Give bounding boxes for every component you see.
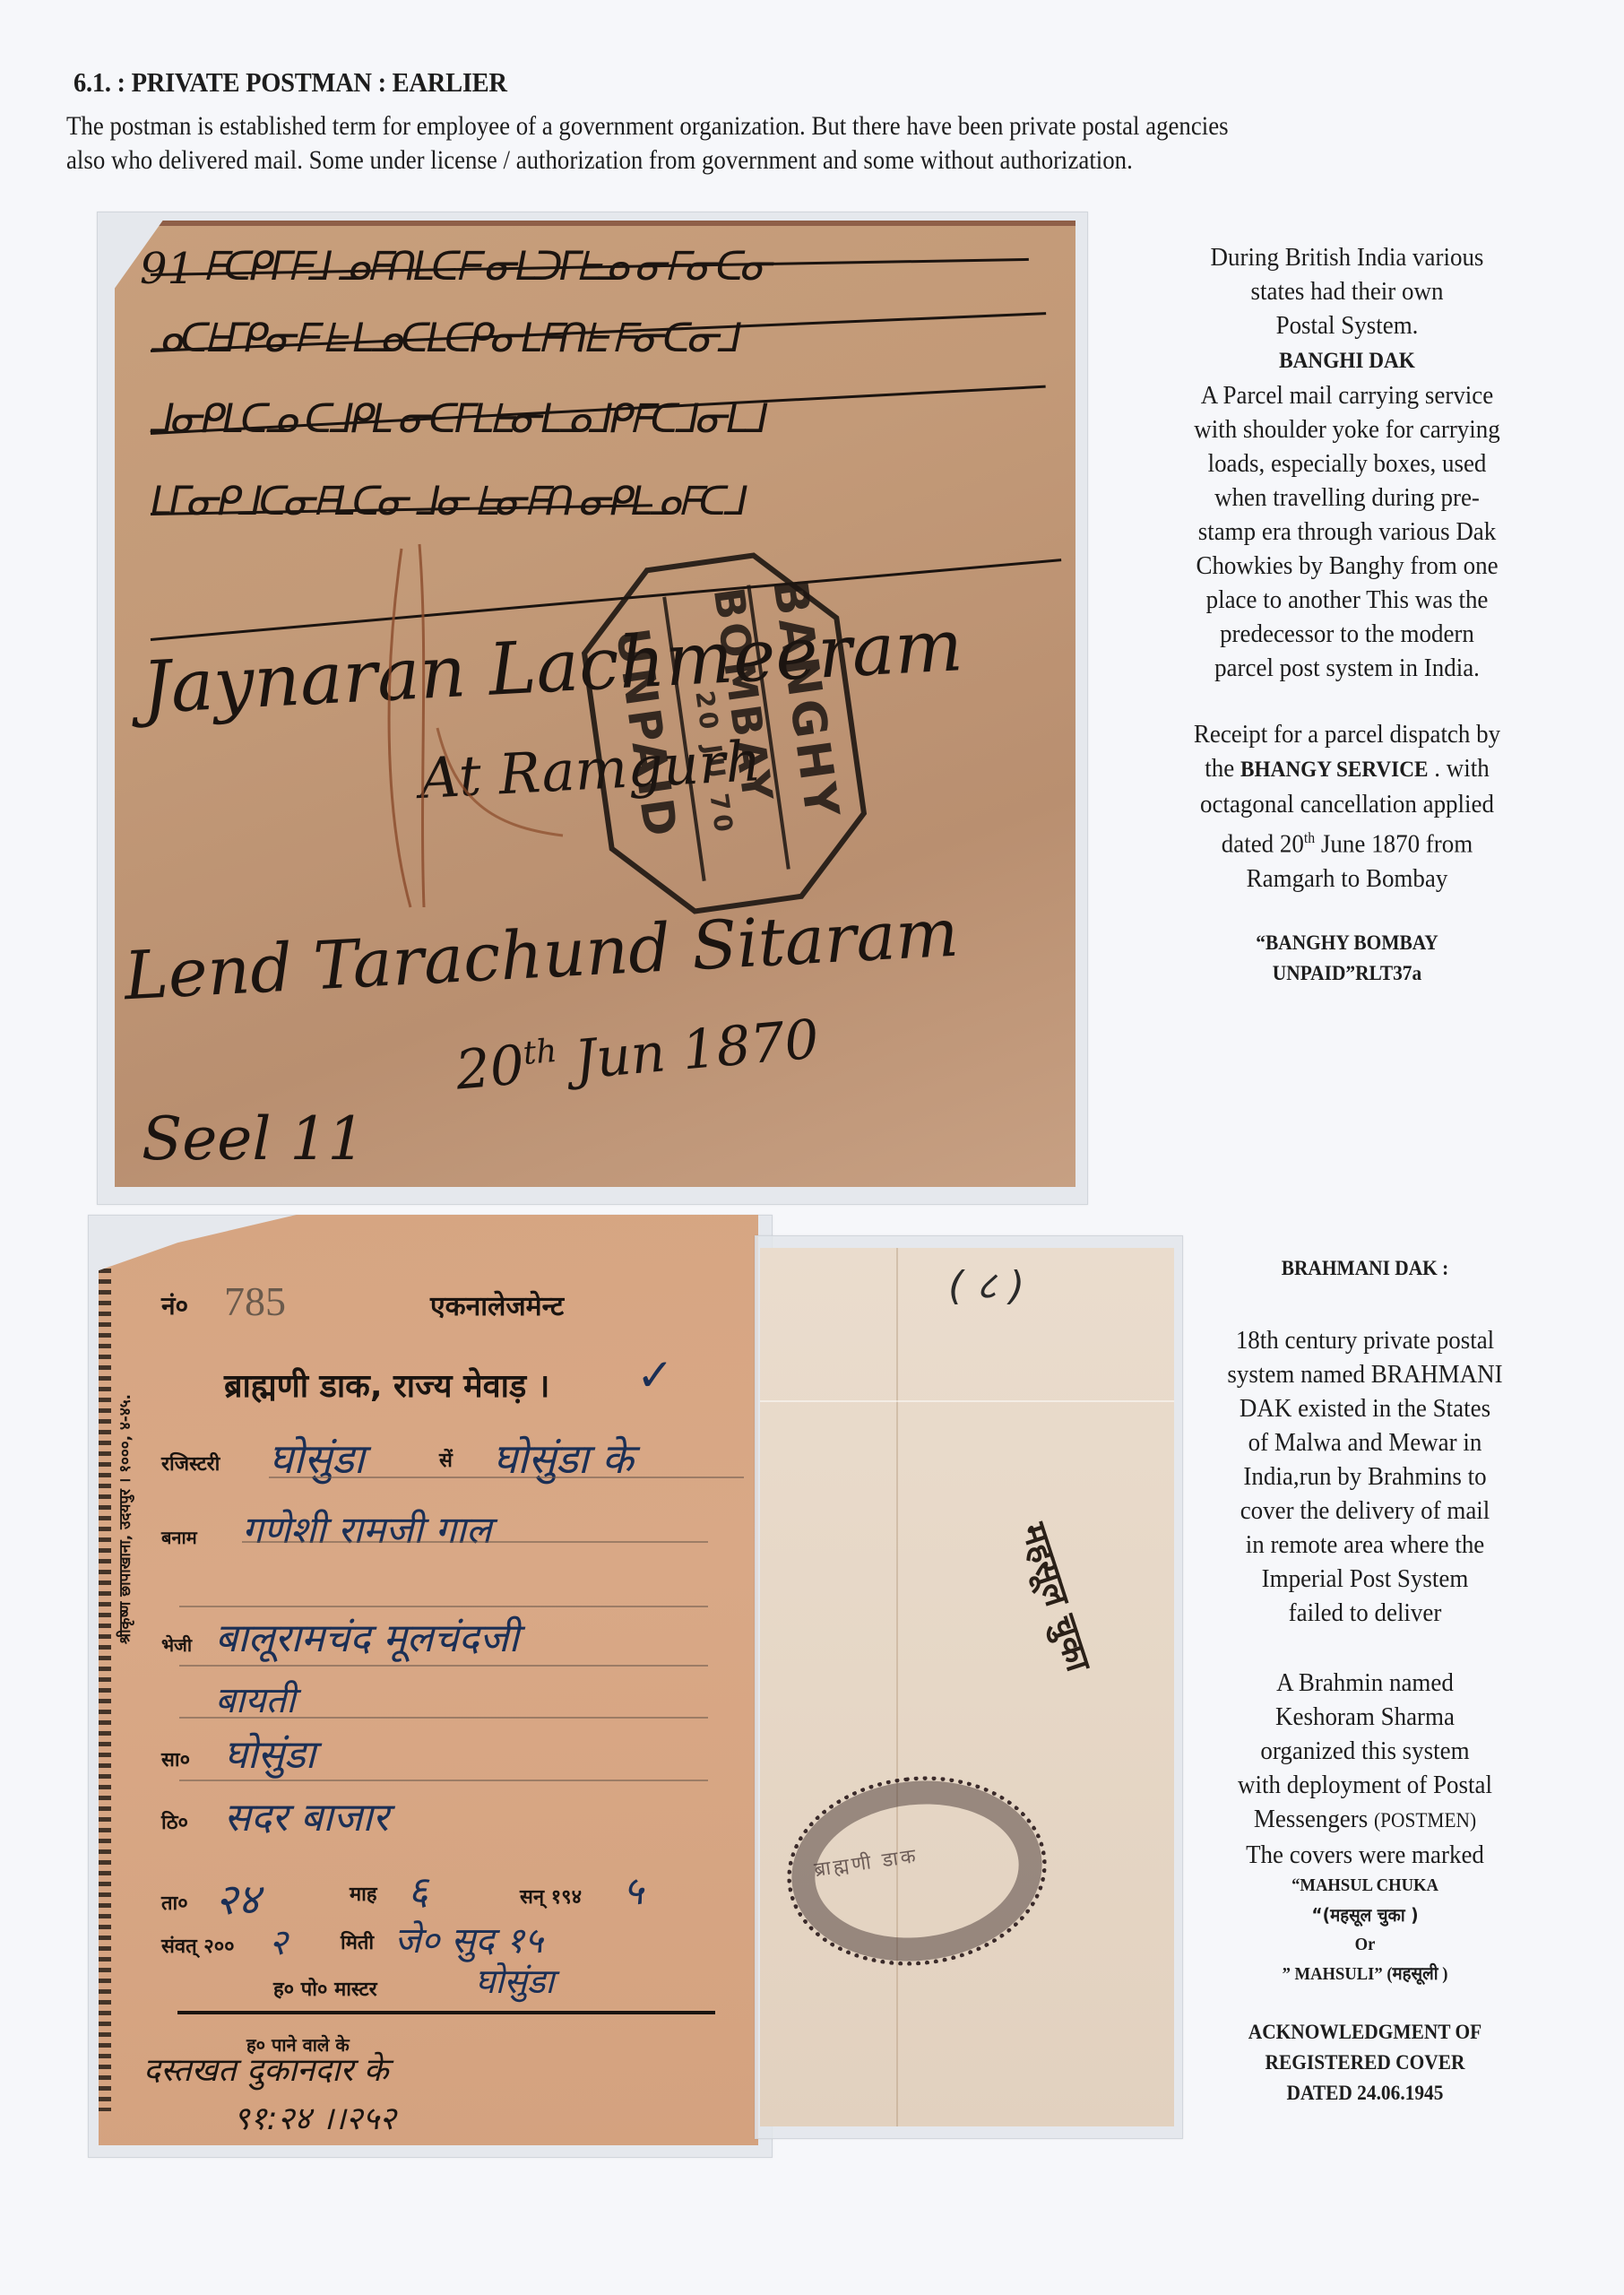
date-value-san: ५ — [623, 1862, 644, 1916]
intro-line-1: The postman is established term for empl… — [66, 109, 1445, 143]
brahmani-body-5: India,run by Brahmins to — [1194, 1459, 1535, 1494]
corner-note: Seel 11 — [142, 1104, 365, 1173]
miti-value: जे० सुद १५ — [394, 1914, 543, 1963]
marking-mahsul-chuka: “MAHSUL CHUKA — [1194, 1872, 1535, 1899]
cover-top-mark: ( ८ ) — [948, 1257, 1024, 1311]
brahmani-covers-marked: The covers were marked — [1194, 1838, 1535, 1872]
receiver-signature-2: ९१:२४ ।।२५२ — [233, 2095, 396, 2139]
banghi-intro-2: states had their own — [1151, 274, 1542, 308]
brahmani-body-8: Imperial Post System — [1194, 1562, 1535, 1596]
card-heading: ब्राह्मणी डाक, राज्य मेवाड़ । — [224, 1363, 549, 1407]
banghi-intro-3: Postal System. — [1151, 308, 1542, 342]
date-label-mah: माह — [350, 1880, 377, 1907]
banghi-intro-1: During British India various — [1151, 240, 1542, 274]
intro-paragraph: The postman is established term for empl… — [66, 109, 1445, 178]
postmaster-signature: घोसुंडा — [475, 1957, 554, 2004]
page-title: 6.1. : PRIVATE POSTMAN : EARLIER — [73, 66, 507, 99]
caption-line-2: REGISTERED COVER — [1194, 2048, 1535, 2078]
brahmani-body2-3: organized this system — [1194, 1734, 1535, 1768]
samvat-label: संवत् २०० — [161, 1932, 235, 1959]
field-label-banam: बनाम — [161, 1525, 197, 1549]
field-label-sa: सा० — [161, 1745, 190, 1772]
field-value-bheji: बालूरामचंद मूलचंदजी — [215, 1609, 519, 1663]
brahmani-cover-reverse: ( ८ ) महसूल चुका ब्राह्मणी डाक — [760, 1248, 1174, 2126]
receipt-line-1: Receipt for a parcel dispatch by — [1151, 717, 1542, 751]
receipt-line-4: dated 20th June 1870 from — [1151, 821, 1542, 862]
date-sup: th — [522, 1033, 558, 1072]
postmaster-label: ह० पो० मास्टर — [273, 1975, 377, 2002]
date-day: 20 — [454, 1034, 527, 1102]
date-label-san: सन् १९४ — [520, 1883, 582, 1910]
number-label: नं० — [161, 1288, 188, 1322]
banghi-body-4: when travelling during pre- — [1151, 481, 1542, 515]
brahmani-body2-4: with deployment of Postal — [1194, 1768, 1535, 1802]
tick-mark: ✓ — [636, 1349, 674, 1401]
banghi-body-1: A Parcel mail carrying service — [1151, 378, 1542, 412]
banghy-bombay-cancellation: BANGHY BOMBAY 20 JU 70 UNPAID — [566, 537, 883, 930]
field-value-thi: सदर बाजार — [224, 1788, 389, 1842]
card-title: एकनालेजमेन्ट — [430, 1286, 564, 1323]
brahmani-body-3: DAK existed in the States — [1194, 1391, 1535, 1425]
marking-line-1: “BANGHY BOMBAY — [1151, 928, 1542, 958]
receipt-line-5: Ramgarh to Bombay — [1151, 862, 1542, 896]
fold-line — [760, 1400, 1174, 1402]
brahmani-dak-description: BRAHMANI DAK : 18th century private post… — [1194, 1253, 1535, 2109]
banghi-dak-description: During British India various states had … — [1151, 240, 1542, 989]
brahmani-messengers: Messengers (POSTMEN) — [1194, 1802, 1535, 1838]
field-value-bheji-2: बायती — [215, 1674, 296, 1723]
marking-mahsul-chuka-hindi: “(महसूल चुका ) — [1194, 1899, 1535, 1931]
brahmani-body-4: of Malwa and Mewar in — [1194, 1425, 1535, 1459]
brahmani-heading: BRAHMANI DAK : — [1194, 1253, 1535, 1284]
field-value-sa: घोसुंडा — [224, 1726, 315, 1780]
brahmani-body-6: cover the delivery of mail — [1194, 1494, 1535, 1528]
date-label-ta: ता० — [161, 1889, 188, 1916]
marking-mahsuli: ” MAHSULI” (महसूली ) — [1194, 1958, 1535, 1990]
miti-label: मिती — [341, 1928, 374, 1955]
card-number: 785 — [224, 1277, 286, 1325]
banghi-body-6: Chowkies by Banghy from one — [1151, 549, 1542, 583]
banghi-body-7: place to another This was the — [1151, 583, 1542, 617]
perforation-edge — [99, 1269, 111, 2111]
samvat-value: २ — [269, 1916, 288, 1965]
marking-line-2: UNPAID”RLT37a — [1151, 958, 1542, 989]
caption-line-3: DATED 24.06.1945 — [1194, 2078, 1535, 2109]
field-value-banam: गणेशी रामजी गाल — [242, 1503, 491, 1555]
brahmani-body-2: system named BRAHMANI — [1194, 1357, 1535, 1391]
brahmani-body2-2: Keshoram Sharma — [1194, 1700, 1535, 1734]
field-label-bheji: भेजी — [161, 1632, 192, 1657]
brahmani-dak-acknowledgement-card: श्रीकृष्ण छापाखाना, उदयपुर । १०००, ४-४५.… — [99, 1215, 758, 2145]
marking-or: Or — [1194, 1931, 1535, 1958]
cover-banghy-receipt: 91 ᖴᑕᑭᒥᖴᒧ ᓄᖴᑎᒪᑕᖴ ᓂᒪᑐᒥᖶᓄ ᓂᖴᓂᑕᓂ ᓄᑕᖶᒥᑭᓂᖴ ᖶ … — [115, 221, 1075, 1187]
intro-line-2: also who delivered mail. Some under lice… — [66, 143, 1445, 178]
banghi-body-3: loads, especially boxes, used — [1151, 446, 1542, 481]
field-label-thi: ठि० — [161, 1808, 188, 1835]
brahmani-body-9: failed to deliver — [1194, 1596, 1535, 1630]
receipt-line-3: octagonal cancellation applied — [1151, 787, 1542, 821]
brahmani-body2-1: A Brahmin named — [1194, 1666, 1535, 1700]
brahmani-body-7: in remote area where the — [1194, 1528, 1535, 1562]
field-label-se: सें — [439, 1446, 453, 1473]
date-value-mah: ६ — [408, 1862, 428, 1916]
banghi-heading: BANGHI DAK — [1151, 342, 1542, 378]
brahmani-body-1: 18th century private postal — [1194, 1323, 1535, 1357]
mahsul-chuka-handstamp: महसूल चुका — [1012, 1517, 1103, 1676]
fold-line — [896, 1248, 898, 2126]
banghi-body-9: parcel post system in India. — [1151, 651, 1542, 685]
receiver-signature: दस्तखत दुकानदार के — [143, 2047, 388, 2091]
caption-line-1: ACKNOWLEDGMENT OF — [1194, 2017, 1535, 2048]
printer-imprint: श्रीकृष्ण छापाखाना, उदयपुर । १०००, ४-४५. — [115, 1394, 135, 1644]
receipt-line-2: the BHANGY SERVICE . with — [1151, 751, 1542, 787]
field-label-registry: रजिस्टरी — [161, 1450, 220, 1477]
banghi-body-5: stamp era through various Dak — [1151, 515, 1542, 549]
banghi-body-2: with shoulder yoke for carrying — [1151, 412, 1542, 446]
date-value-ta: २४ — [215, 1869, 260, 1927]
banghi-body-8: predecessor to the modern — [1151, 617, 1542, 651]
